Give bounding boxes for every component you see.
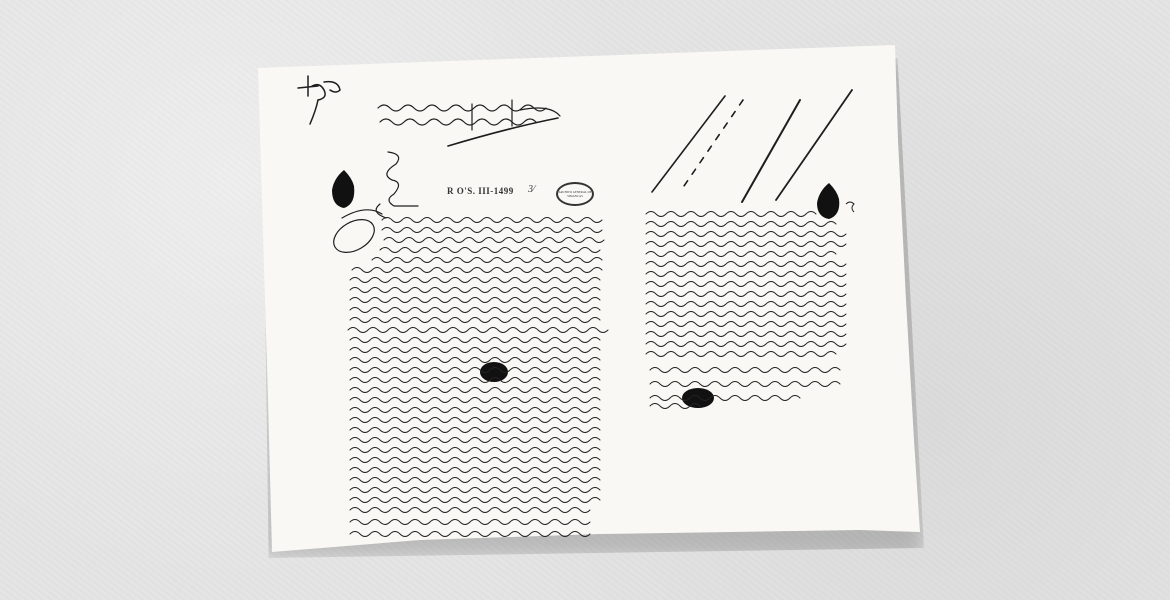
archive-reference: R O'S. III-1499 <box>447 186 514 196</box>
right-column-script <box>646 212 846 409</box>
corner-mark <box>298 76 340 124</box>
heading-script <box>378 100 560 146</box>
oval-stamp-text: ARCHIVO GENERAL DE SIMANCAS <box>558 190 592 198</box>
archive-oval-stamp: ARCHIVO GENERAL DE SIMANCAS <box>556 182 594 206</box>
reference-mark: 3⁄ <box>528 184 535 195</box>
left-column-script <box>348 218 608 537</box>
small-mark <box>846 202 854 212</box>
cancel-lines <box>652 90 852 202</box>
manuscript-ink <box>0 0 1170 600</box>
